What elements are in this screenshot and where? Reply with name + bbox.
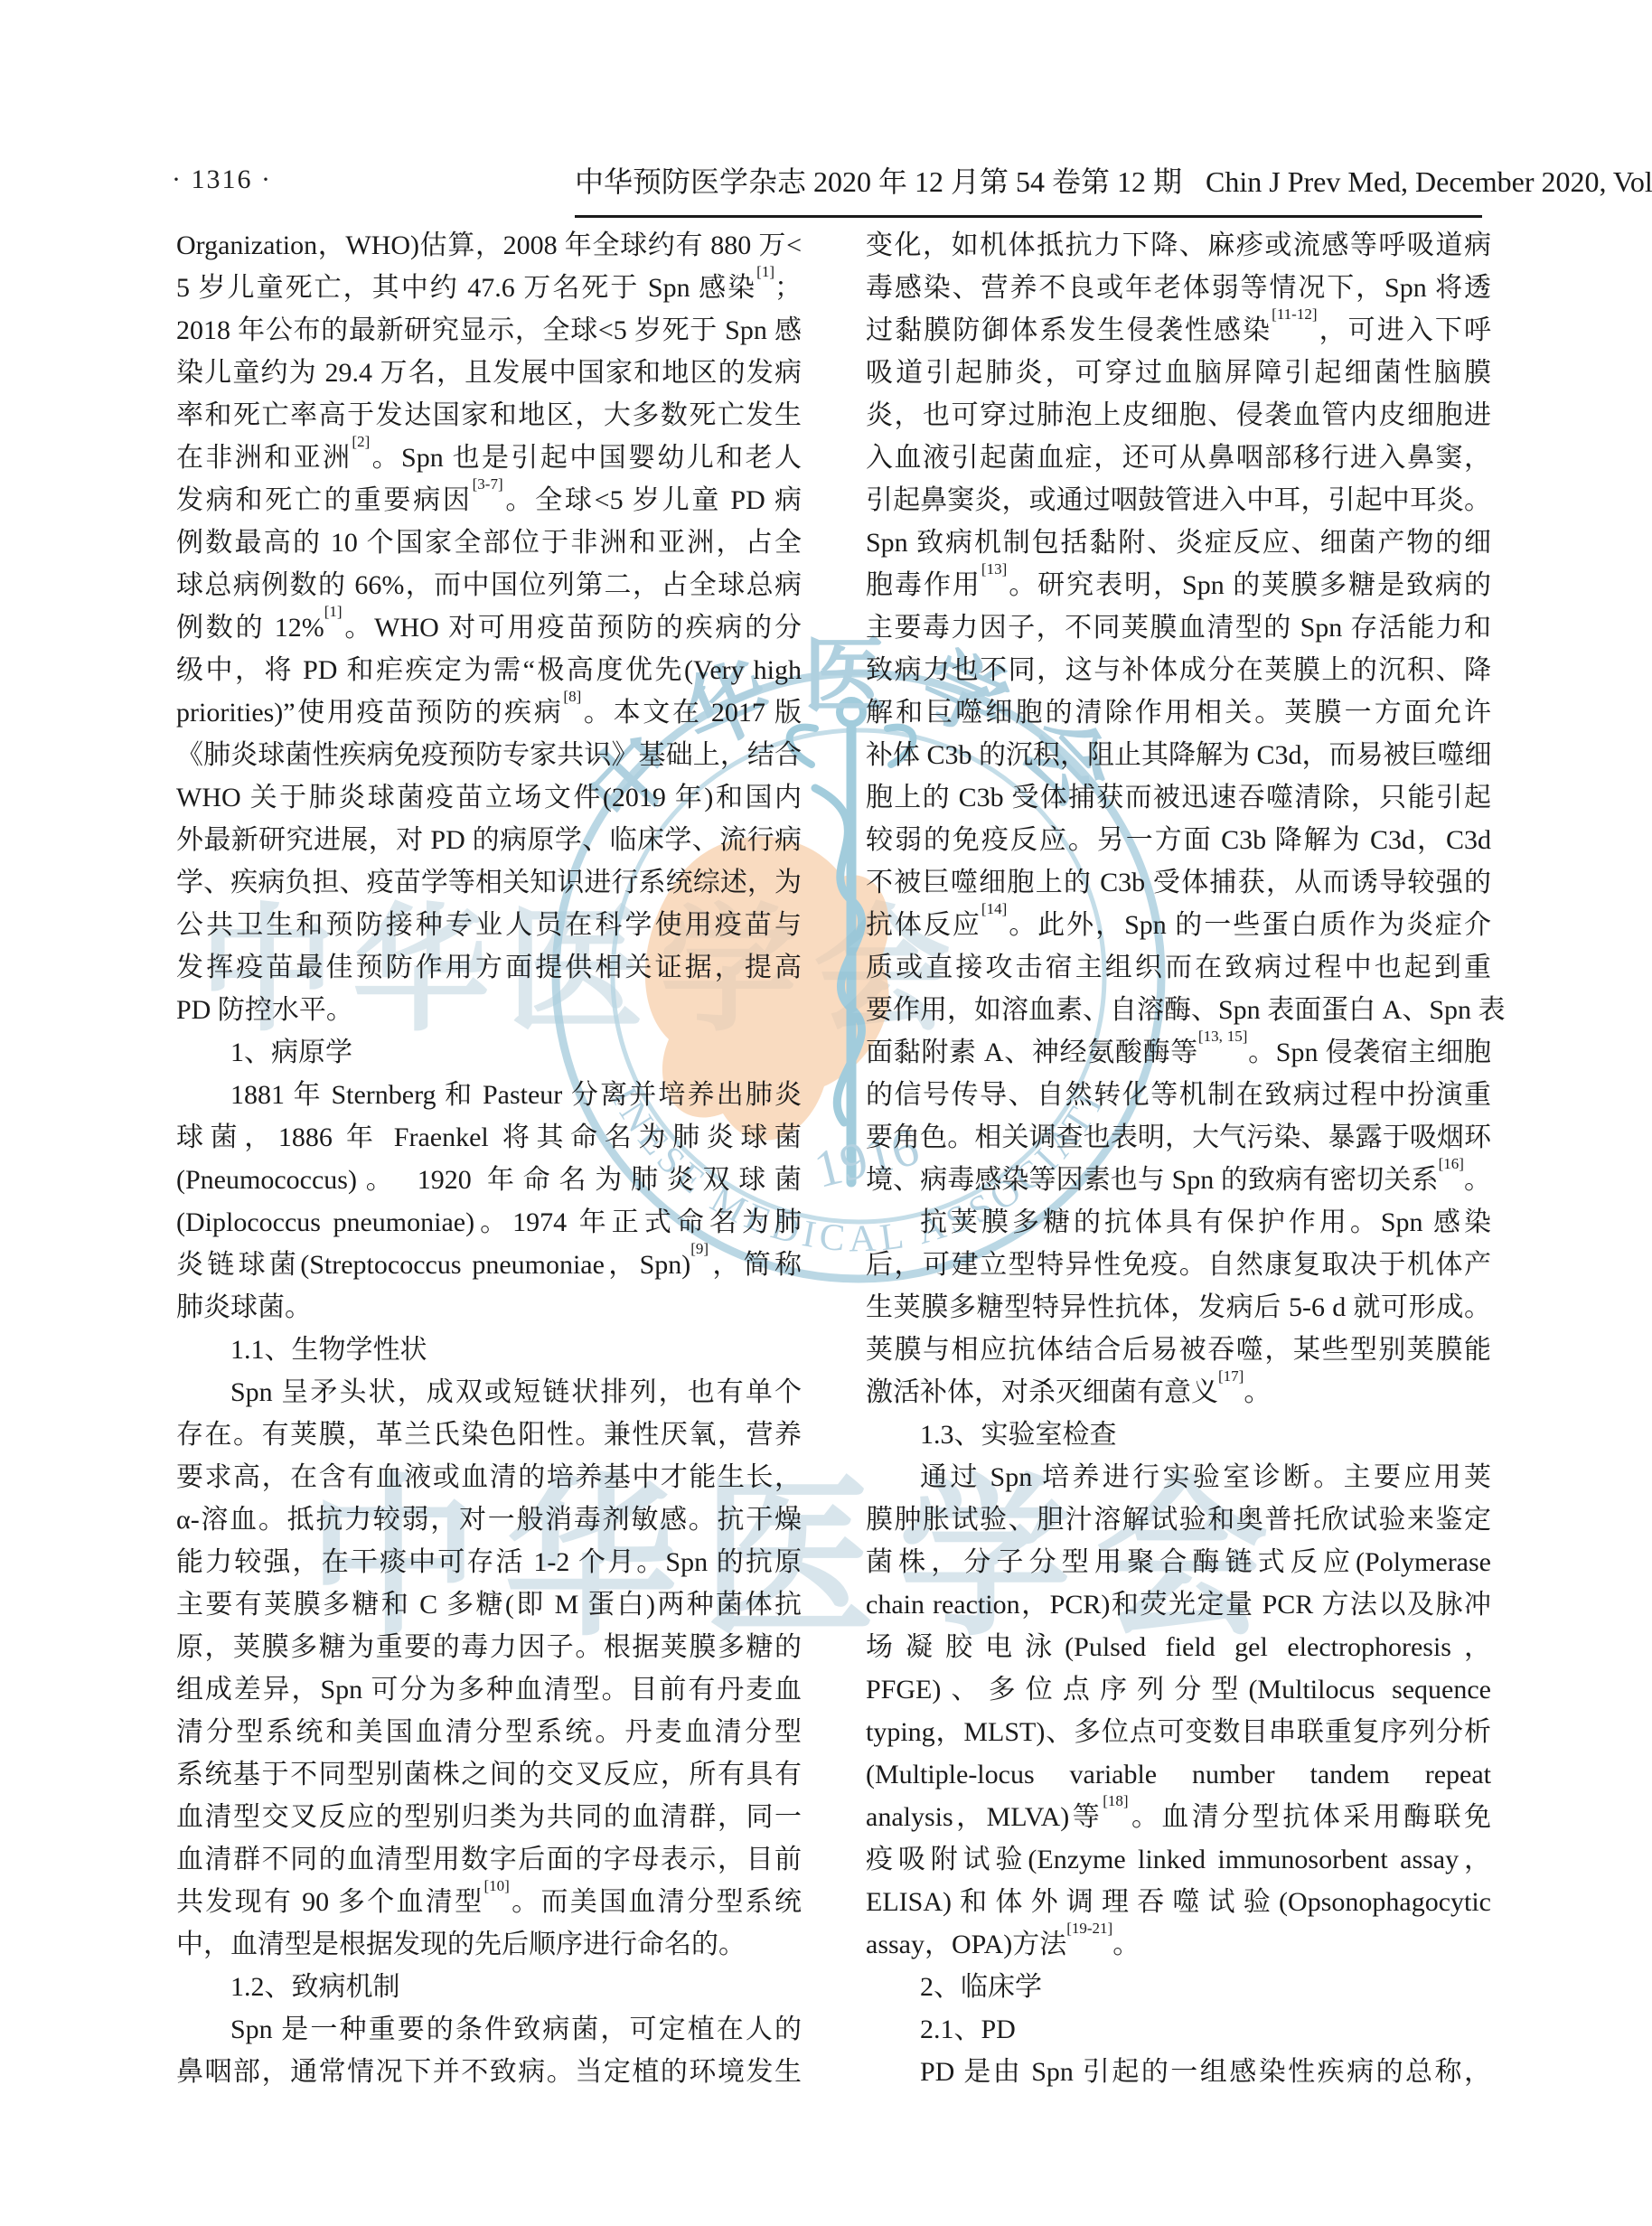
- text-line: 后，可建立型特异性免疫。自然康复取决于机体产: [866, 1244, 1491, 1286]
- journal-page: 中华医学会 中华医学会 中华医学会: [0, 0, 1652, 2226]
- text-line: assay，OPA)方法[19-21]。: [866, 1923, 1491, 1966]
- text-line: 组成差异，Spn 可分为多种血清型。目前有丹麦血: [176, 1668, 802, 1711]
- text-line: Organization，WHO)估算，2008 年全球约有 880 万<: [176, 224, 802, 267]
- journal-title-english: Chin J Prev Med, December 2020, Vol. 54,…: [1206, 165, 1652, 198]
- text-line: 补体 C3b 的沉积，阻止其降解为 C3d，而易被巨噬细: [866, 734, 1491, 776]
- right-column: 变化，如机体抵抗力下降、麻疹或流感等呼吸道病毒感染、营养不良或年老体弱等情况下，…: [866, 224, 1491, 2093]
- text-line: 主要有荚膜多糖和 C 多糖(即 M 蛋白)两种菌体抗: [176, 1583, 802, 1626]
- reference-superscript: [18]: [1103, 1792, 1128, 1809]
- text-line: 过黏膜防御体系发生侵袭性感染[11-12]，可进入下呼: [866, 309, 1491, 352]
- text-line: 致病力也不同，这与补体成分在荚膜上的沉积、降: [866, 649, 1491, 691]
- text-line: 血清型交叉反应的型别归类为共同的血清群，同一: [176, 1796, 802, 1838]
- reference-superscript: [19-21]: [1066, 1920, 1112, 1937]
- text-line: 不被巨噬细胞上的 C3b 受体捕获，从而诱导较强的: [866, 861, 1491, 904]
- text-line: 要求高，在含有血液或血清的培养基中才能生长，: [176, 1456, 802, 1498]
- reference-superscript: [16]: [1439, 1155, 1464, 1172]
- reference-superscript: [3-7]: [473, 475, 503, 493]
- text-line: 引起鼻窦炎，或通过咽鼓管进入中耳，引起中耳炎。: [866, 479, 1491, 521]
- text-line: 要角色。相关调查也表明，大气污染、暴露于吸烟环: [866, 1116, 1491, 1159]
- text-line: 在非洲和亚洲[2]。Spn 也是引起中国婴幼儿和老人: [176, 437, 802, 479]
- text-line: 荚膜与相应抗体结合后易被吞噬，某些型别荚膜能: [866, 1329, 1491, 1371]
- reference-superscript: [9]: [690, 1240, 709, 1257]
- text-line: 2.1、PD: [866, 2008, 1491, 2051]
- text-line: 1.3、实验室检查: [866, 1414, 1491, 1456]
- text-line: 要作用，如溶血素、自溶酶、Spn 表面蛋白 A、Spn 表: [866, 989, 1491, 1031]
- text-line: 入血液引起菌血症，还可从鼻咽部移行进入鼻窦，: [866, 437, 1491, 479]
- text-line: 学、疾病负担、疫苗学等相关知识进行系统综述，为: [176, 861, 802, 904]
- text-line: 胞上的 C3b 受体捕获而被迅速吞噬清除，只能引起: [866, 776, 1491, 819]
- reference-superscript: [8]: [563, 688, 581, 705]
- text-line: PD 是由 Spn 引起的一组感染性疾病的总称，: [866, 2051, 1491, 2093]
- text-line: 菌株，分子分型用聚合酶链式反应(Polymerase: [866, 1541, 1491, 1583]
- text-line: priorities)”使用疫苗预防的疾病[8]。本文在 2017 版: [176, 691, 802, 734]
- text-line: 主要毒力因子，不同荚膜血清型的 Spn 存活能力和: [866, 606, 1491, 649]
- text-line: 的信号传导、自然转化等机制在致病过程中扮演重: [866, 1074, 1491, 1116]
- text-line: 面黏附素 A、神经氨酸酶等[13, 15]。Spn 侵袭宿主细胞: [866, 1031, 1491, 1074]
- text-line: α-溶血。抵抗力较弱，对一般消毒剂敏感。抗干燥: [176, 1498, 802, 1541]
- text-line: 质或直接攻击宿主组织而在致病过程中也起到重: [866, 946, 1491, 989]
- text-line: 通过 Spn 培养进行实验室诊断。主要应用荚: [866, 1456, 1491, 1498]
- text-line: Spn 致病机制包括黏附、炎症反应、细菌产物的细: [866, 521, 1491, 564]
- text-line: PFGE)、多位点序列分型(Multilocus sequence: [866, 1668, 1491, 1711]
- reference-superscript: [14]: [981, 900, 1007, 917]
- text-line: 5 岁儿童死亡，其中约 47.6 万名死于 Spn 感染[1]；: [176, 267, 802, 309]
- text-line: (Pneumococcus)。 1920 年命名为肺炎双球菌: [176, 1159, 802, 1201]
- text-line: 染儿童约为 29.4 万名，且发展中国家和地区的发病: [176, 352, 802, 394]
- text-line: 毒感染、营养不良或年老体弱等情况下，Spn 将透: [866, 267, 1491, 309]
- text-line: 发病和死亡的重要病因[3-7]。全球<5 岁儿童 PD 病: [176, 479, 802, 521]
- text-line: 2018 年公布的最新研究显示，全球<5 岁死于 Spn 感: [176, 309, 802, 352]
- text-line: 抗荚膜多糖的抗体具有保护作用。Spn 感染: [866, 1201, 1491, 1244]
- text-line: 血清群不同的血清型用数字后面的字母表示，目前: [176, 1838, 802, 1881]
- text-line: 共发现有 90 多个血清型[10]。而美国血清分型系统: [176, 1881, 802, 1923]
- text-line: typing，MLST)、多位点可变数目串联重复序列分析: [866, 1711, 1491, 1753]
- text-line: 《肺炎球菌性疾病免疫预防专家共识》基础上，结合: [176, 734, 802, 776]
- reference-superscript: [13]: [981, 560, 1007, 578]
- reference-superscript: [10]: [484, 1877, 510, 1894]
- text-line: 境、病毒感染等因素也与 Spn 的致病有密切关系[16]。: [866, 1159, 1491, 1201]
- reference-superscript: [11-12]: [1272, 305, 1317, 323]
- text-line: 1.1、生物学性状: [176, 1329, 802, 1371]
- text-line: 公共卫生和预防接种专业人员在科学使用疫苗与: [176, 904, 802, 946]
- reference-superscript: [2]: [352, 433, 370, 450]
- reference-superscript: [13, 15]: [1198, 1028, 1248, 1045]
- text-line: chain reaction，PCR)和荧光定量 PCR 方法以及脉冲: [866, 1583, 1491, 1626]
- text-line: 率和死亡率高于发达国家和地区，大多数死亡发生: [176, 394, 802, 437]
- text-line: (Diplococcus pneumoniae)。1974 年正式命名为肺: [176, 1201, 802, 1244]
- text-line: ELISA)和体外调理吞噬试验(Opsonophagocytic: [866, 1881, 1491, 1923]
- text-line: 疫吸附试验(Enzyme linked immunosorbent assay，: [866, 1838, 1491, 1881]
- text-line: 原，荚膜多糖为重要的毒力因子。根据荚膜多糖的: [176, 1626, 802, 1668]
- text-line: Spn 是一种重要的条件致病菌，可定植在人的: [176, 2008, 802, 2051]
- text-line: 吸道引起肺炎，可穿过血脑屏障引起细菌性脑膜: [866, 352, 1491, 394]
- text-line: 膜肿胀试验、胆汁溶解试验和奥普托欣试验来鉴定: [866, 1498, 1491, 1541]
- text-line: 1.2、致病机制: [176, 1966, 802, 2008]
- reference-superscript: [17]: [1218, 1367, 1244, 1385]
- text-line: 级中，将 PD 和疟疾定为需“极高度优先(Very high: [176, 649, 802, 691]
- text-line: analysis，MLVA)等[18]。血清分型抗体采用酶联免: [866, 1796, 1491, 1838]
- journal-title-chinese: 中华预防医学杂志 2020 年 12 月第 54 卷第 12 期: [575, 165, 1182, 198]
- text-line: 球菌，1886 年 Fraenkel 将其命名为肺炎球菌: [176, 1116, 802, 1159]
- text-line: 2、临床学: [866, 1966, 1491, 2008]
- text-line: 存在。有荚膜，革兰氏染色阳性。兼性厌氧，营养: [176, 1414, 802, 1456]
- reference-superscript: [1]: [756, 263, 774, 280]
- text-line: 1881 年 Sternberg 和 Pasteur 分离并培养出肺炎: [176, 1074, 802, 1116]
- text-line: 1、病原学: [176, 1031, 802, 1074]
- text-line: 能力较强，在干痰中可存活 1-2 个月。Spn 的抗原: [176, 1541, 802, 1583]
- text-line: 清分型系统和美国血清分型系统。丹麦血清分型: [176, 1711, 802, 1753]
- text-line: 炎链球菌(Streptococcus pneumoniae，Spn)[9]，简称: [176, 1244, 802, 1286]
- journal-header: 中华预防医学杂志 2020 年 12 月第 54 卷第 12 期Chin J P…: [575, 159, 1482, 201]
- text-line: PD 防控水平。: [176, 989, 802, 1031]
- text-line: 抗体反应[14]。此外，Spn 的一些蛋白质作为炎症介: [866, 904, 1491, 946]
- text-line: 解和巨噬细胞的清除作用相关。荚膜一方面允许: [866, 691, 1491, 734]
- text-line: 胞毒作用[13]。研究表明，Spn 的荚膜多糖是致病的: [866, 564, 1491, 606]
- text-line: 鼻咽部，通常情况下并不致病。当定植的环境发生: [176, 2051, 802, 2093]
- text-line: 炎，也可穿过肺泡上皮细胞、侵袭血管内皮细胞进: [866, 394, 1491, 437]
- header-rule: [575, 215, 1482, 218]
- text-line: 系统基于不同型别菌株之间的交叉反应，所有具有: [176, 1753, 802, 1796]
- left-column: Organization，WHO)估算，2008 年全球约有 880 万<5 岁…: [176, 224, 802, 2093]
- reference-superscript: [1]: [324, 603, 343, 620]
- page-number: · 1316 ·: [172, 164, 272, 195]
- text-line: 生荚膜多糖型特异性抗体，发病后 5-6 d 就可形成。: [866, 1286, 1491, 1329]
- text-line: 发挥疫苗最佳预防作用方面提供相关证据，提高: [176, 946, 802, 989]
- text-line: (Multiple-locus variable number tandem r…: [866, 1753, 1491, 1796]
- text-line: 激活补体，对杀灭细菌有意义[17]。: [866, 1371, 1491, 1414]
- text-line: 变化，如机体抵抗力下降、麻疹或流感等呼吸道病: [866, 224, 1491, 267]
- text-line: 中，血清型是根据发现的先后顺序进行命名的。: [176, 1923, 802, 1966]
- text-line: 场凝胶电泳(Pulsed field gel electrophoresis，: [866, 1626, 1491, 1668]
- text-line: 球总病例数的 66%，而中国位列第二，占全球总病: [176, 564, 802, 606]
- text-line: 较弱的免疫反应。另一方面 C3b 降解为 C3d，C3d: [866, 819, 1491, 861]
- text-line: Spn 呈矛头状，成双或短链状排列，也有单个: [176, 1371, 802, 1414]
- text-line: WHO 关于肺炎球菌疫苗立场文件(2019 年)和国内: [176, 776, 802, 819]
- text-line: 肺炎球菌。: [176, 1286, 802, 1329]
- text-line: 例数最高的 10 个国家全部位于非洲和亚洲，占全: [176, 521, 802, 564]
- text-line: 外最新研究进展，对 PD 的病原学、临床学、流行病: [176, 819, 802, 861]
- text-line: 例数的 12%[1]。WHO 对可用疫苗预防的疾病的分: [176, 606, 802, 649]
